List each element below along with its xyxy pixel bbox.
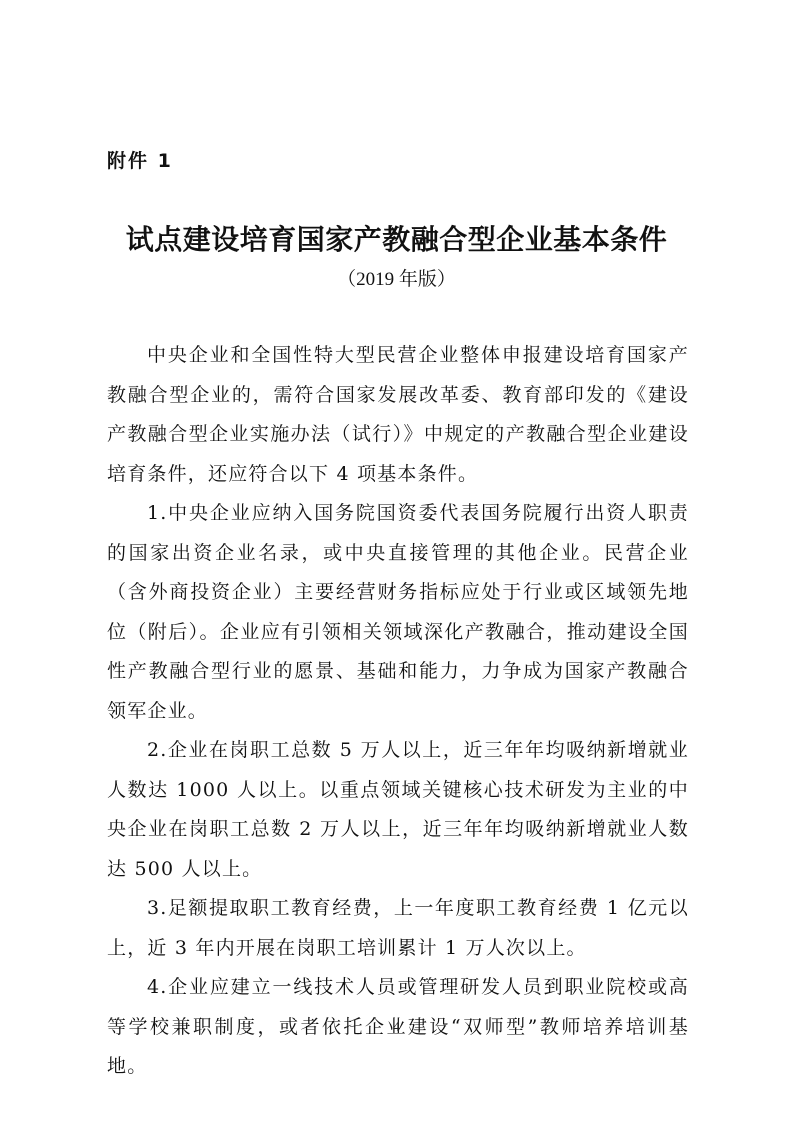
- document-body: 中央企业和全国性特大型民营企业整体申报建设培育国家产教融合型企业的，需符合国家发…: [107, 336, 689, 1087]
- document-subtitle: （2019 年版）: [0, 264, 793, 291]
- page-number: 4: [0, 1020, 793, 1036]
- intro-paragraph: 中央企业和全国性特大型民营企业整体申报建设培育国家产教融合型企业的，需符合国家发…: [107, 336, 689, 494]
- condition-1-paragraph: 1.中央企业应纳入国务院国资委代表国务院履行出资人职责的国家出资企业名录，或中央…: [107, 494, 689, 731]
- document-title: 试点建设培育国家产教融合型企业基本条件: [0, 218, 793, 258]
- attachment-label: 附件 1: [107, 146, 173, 173]
- condition-3-paragraph: 3.足额提取职工教育经费，上一年度职工教育经费 1 亿元以上，近 3 年内开展在…: [107, 889, 689, 968]
- condition-2-paragraph: 2.企业在岗职工总数 5 万人以上，近三年年均吸纳新增就业人数达 1000 人以…: [107, 731, 689, 889]
- document-page: 附件 1 试点建设培育国家产教融合型企业基本条件 （2019 年版） 中央企业和…: [0, 0, 793, 1122]
